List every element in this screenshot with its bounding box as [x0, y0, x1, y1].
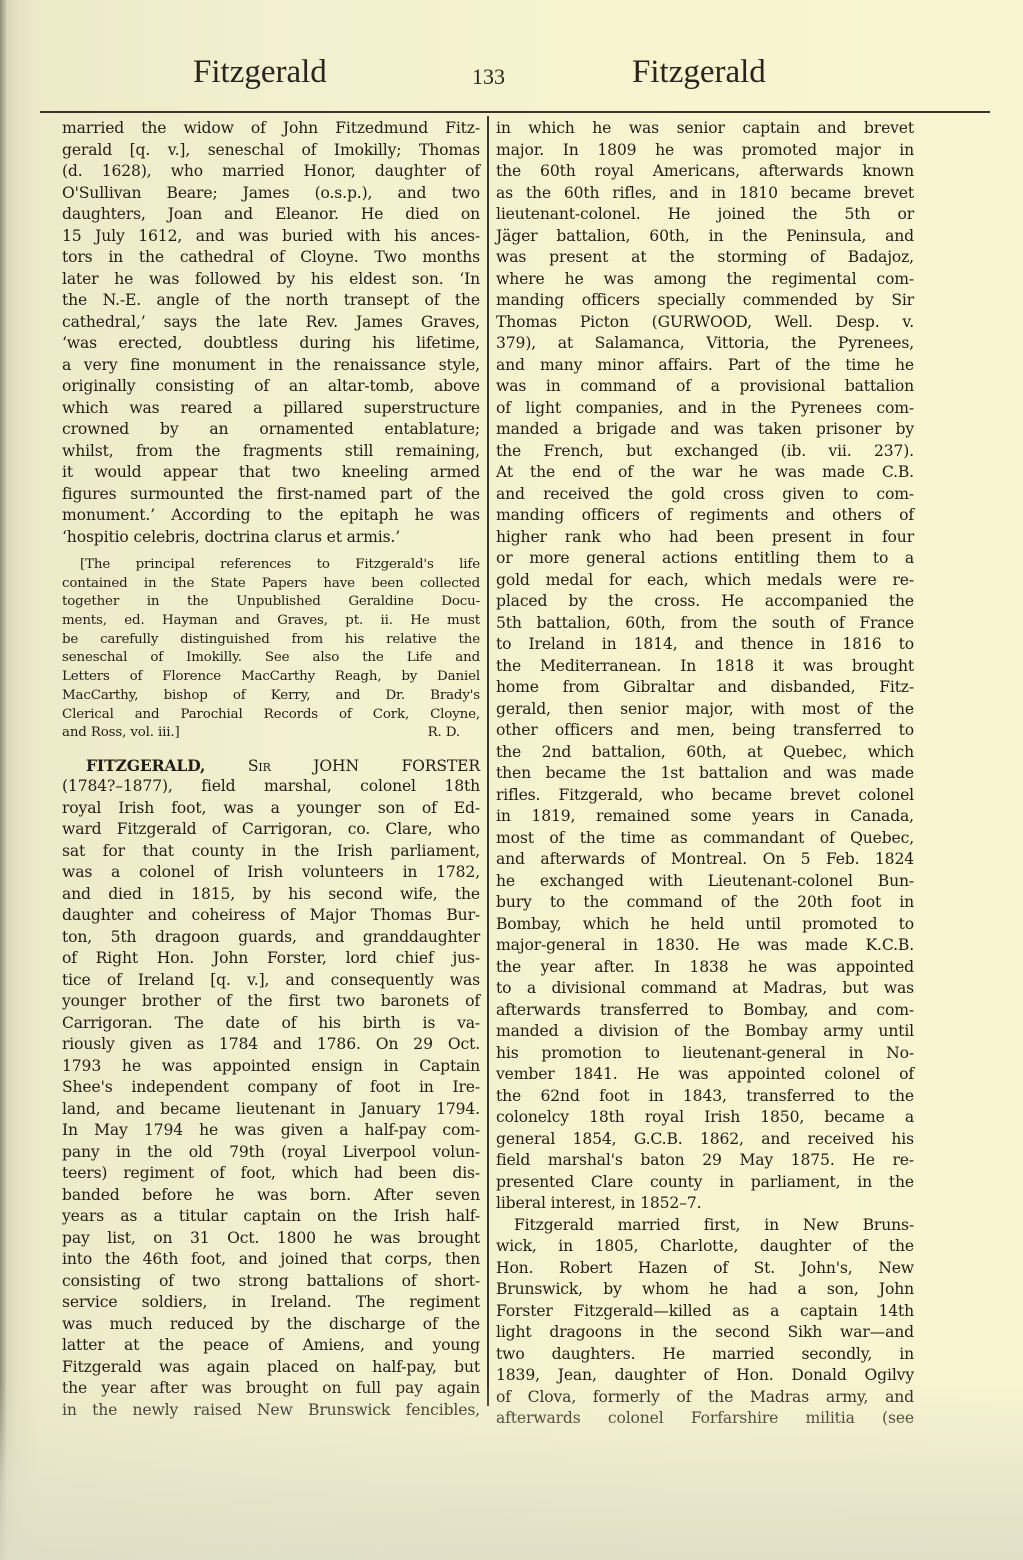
references-note: [The principal references to Fitzgerald'…	[62, 556, 480, 743]
text-line: afterwards colonel Forfarshire militia (…	[496, 1408, 914, 1430]
text-line: in which he was senior captain and breve…	[496, 118, 914, 140]
text-line: his promotion to lieutenant-general in N…	[496, 1043, 914, 1065]
entry-surname: FITZGERALD,	[86, 756, 205, 775]
text-line: (1784?–1877), field marshal, colonel 18t…	[62, 776, 480, 798]
text-line: major. In 1809 he was promoted major in	[496, 140, 914, 162]
text-line: light dragoons in the second Sikh war—an…	[496, 1322, 914, 1344]
running-head-right: Fitzgerald	[632, 54, 766, 91]
text-line: was present at the storming of Badajoz,	[496, 247, 914, 269]
header-rule	[40, 111, 990, 113]
text-line: general 1854, G.C.B. 1862, and received …	[496, 1129, 914, 1151]
text-line: Bombay, which he held until promoted to	[496, 914, 914, 936]
text-line: Jäger battalion, 60th, in the Peninsula,…	[496, 226, 914, 248]
text-line: cathedral,’ says the late Rev. James Gra…	[62, 312, 480, 334]
text-line: where he was among the regimental com-	[496, 269, 914, 291]
text-line: to Ireland in 1814, and thence in 1816 t…	[496, 634, 914, 656]
text-line: home from Gibraltar and disbanded, Fitz-	[496, 677, 914, 699]
text-line: Brunswick, by whom he had a son, John	[496, 1279, 914, 1301]
text-line: daughter and coheiress of Major Thomas B…	[62, 905, 480, 927]
text-line: years as a titular captain on the Irish …	[62, 1206, 480, 1228]
text-line: vember 1841. He was appointed colonel of	[496, 1064, 914, 1086]
text-line: and Ross, vol. iii.] R. D.	[62, 724, 480, 743]
text-line: ‘hospitio celebris, doctrina clarus et a…	[62, 527, 480, 549]
text-line: two daughters. He married secondly, in	[496, 1344, 914, 1366]
entry-heading: FITZGERALD, Sir JOHN FORSTER	[62, 755, 480, 777]
text-line: the N.-E. angle of the north transept of…	[62, 290, 480, 312]
entry-given-names: JOHN FORSTER	[313, 757, 480, 775]
text-line: later he was followed by his eldest son.…	[62, 269, 480, 291]
text-line: was much reduced by the discharge of the	[62, 1314, 480, 1336]
text-line: service soldiers, in Ireland. The regime…	[62, 1292, 480, 1314]
text-line: major-general in 1830. He was made K.C.B…	[496, 935, 914, 957]
text-line: monument.’ According to the epitaph he w…	[62, 505, 480, 527]
text-line: married the widow of John Fitzedmund Fit…	[62, 118, 480, 140]
text-line: ments, ed. Hayman and Graves, pt. ii. He…	[62, 612, 480, 631]
text-line: Shee's independent company of foot in Ir…	[62, 1077, 480, 1099]
text-line: manding officers specially commended by …	[496, 290, 914, 312]
text-line: and many minor affairs. Part of the time…	[496, 355, 914, 377]
text-line: Letters of Florence MacCarthy Reagh, by …	[62, 668, 480, 687]
text-line: and died in 1815, by his second wife, th…	[62, 884, 480, 906]
text-line: of Right Hon. John Forster, lord chief j…	[62, 948, 480, 970]
running-head-left: Fitzgerald	[193, 54, 327, 91]
text-line: or more general actions entitling them t…	[496, 548, 914, 570]
text-line: daughters, Joan and Eleanor. He died on	[62, 204, 480, 226]
text-line: of Clova, formerly of the Madras army, a…	[496, 1387, 914, 1409]
text-line: other officers and men, being transferre…	[496, 720, 914, 742]
text-line: the French, but exchanged (ib. vii. 237)…	[496, 441, 914, 463]
text-line: most of the time as commandant of Quebec…	[496, 828, 914, 850]
text-line: 379), at Salamanca, Vittoria, the Pyrene…	[496, 333, 914, 355]
text-line: seneschal of Imokilly. See also the Life…	[62, 649, 480, 668]
text-line: of light companies, and in the Pyrenees …	[496, 398, 914, 420]
text-line: crowned by an ornamented entablature;	[62, 419, 480, 441]
text-line: Clerical and Parochial Records of Cork, …	[62, 706, 480, 725]
text-line: O'Sullivan Beare; James (o.s.p.), and tw…	[62, 183, 480, 205]
text-line: land, and became lieutenant in January 1…	[62, 1099, 480, 1121]
text-line: ton, 5th dragoon guards, and granddaught…	[62, 927, 480, 949]
text-line: the Mediterranean. In 1818 it was brough…	[496, 656, 914, 678]
text-line: together in the Unpublished Geraldine Do…	[62, 593, 480, 612]
text-line: At the end of the war he was made C.B.	[496, 462, 914, 484]
text-line: it would appear that two kneeling armed	[62, 462, 480, 484]
text-line: a very fine monument in the renaissance …	[62, 355, 480, 377]
text-line: gold medal for each, which medals were r…	[496, 570, 914, 592]
text-line: colonelcy 18th royal Irish 1850, became …	[496, 1107, 914, 1129]
text-line: the 60th royal Americans, afterwards kno…	[496, 161, 914, 183]
text-line: presented Clare county in parliament, in…	[496, 1172, 914, 1194]
text-line: gerald, then senior major, with most of …	[496, 699, 914, 721]
text-line: which was reared a pillared superstructu…	[62, 398, 480, 420]
paragraph-monument: married the widow of John Fitzedmund Fit…	[62, 118, 480, 548]
text-line: Thomas Picton (GURWOOD, Well. Desp. v.	[496, 312, 914, 334]
text-line: bury to the command of the 20th foot in	[496, 892, 914, 914]
text-line: royal Irish foot, was a younger son of E…	[62, 798, 480, 820]
paragraph-military-career: in which he was senior captain and breve…	[496, 118, 914, 1215]
text-line: as the 60th rifles, and in 1810 became b…	[496, 183, 914, 205]
text-line: and received the gold cross given to com…	[496, 484, 914, 506]
text-line: sat for that county in the Irish parliam…	[62, 841, 480, 863]
text-line: 1839, Jean, daughter of Hon. Donald Ogil…	[496, 1365, 914, 1387]
text-line: manded a brigade and was taken prisoner …	[496, 419, 914, 441]
text-line: placed by the cross. He accompanied the	[496, 591, 914, 613]
text-line: the year after. In 1838 he was appointed	[496, 957, 914, 979]
text-line: was a colonel of Irish volunteers in 178…	[62, 862, 480, 884]
page-number: 133	[472, 64, 505, 90]
text-line: and afterwards of Montreal. On 5 Feb. 18…	[496, 849, 914, 871]
text-line: he exchanged with Lieutenant-colonel Bun…	[496, 871, 914, 893]
running-header: Fitzgerald 133 Fitzgerald	[0, 54, 1023, 104]
text-line: in 1819, remained some years in Canada,	[496, 806, 914, 828]
text-line: to a divisional command at Madras, but w…	[496, 978, 914, 1000]
page-edge-shadow	[0, 0, 6, 1560]
text-line: ward Fitzgerald of Carrigoran, co. Clare…	[62, 819, 480, 841]
text-line: higher rank who had been present in four	[496, 527, 914, 549]
text-line: originally consisting of an altar-tomb, …	[62, 376, 480, 398]
text-line: MacCarthy, bishop of Kerry, and Dr. Brad…	[62, 687, 480, 706]
text-line: then became the 1st battalion and was ma…	[496, 763, 914, 785]
text-line: manded a division of the Bombay army unt…	[496, 1021, 914, 1043]
text-line: consisting of two strong battalions of s…	[62, 1271, 480, 1293]
text-line: riously given as 1784 and 1786. On 29 Oc…	[62, 1034, 480, 1056]
text-line: manding officers of regiments and others…	[496, 505, 914, 527]
text-line: liberal interest, in 1852–7.	[496, 1193, 914, 1215]
text-line: the year after was brought on full pay a…	[62, 1378, 480, 1400]
text-line: (d. 1628), who married Honor, daughter o…	[62, 161, 480, 183]
text-line: ‘was erected, doubtless during his lifet…	[62, 333, 480, 355]
text-line: 1793 he was appointed ensign in Captain	[62, 1056, 480, 1078]
text-line: figures surmounted the first-named part …	[62, 484, 480, 506]
text-line: Forster Fitzgerald—killed as a captain 1…	[496, 1301, 914, 1323]
text-line: the 2nd battalion, 60th, at Quebec, whic…	[496, 742, 914, 764]
column-divider	[487, 116, 489, 1406]
references-last-line: and Ross, vol. iii.]	[62, 725, 180, 740]
text-line: [The principal references to Fitzgerald'…	[62, 556, 480, 575]
text-line: 15 July 1612, and was buried with his an…	[62, 226, 480, 248]
text-line: Fitzgerald was again placed on half-pay,…	[62, 1357, 480, 1379]
text-line: Carrigoran. The date of his birth is va-	[62, 1013, 480, 1035]
text-line: teers) regiment of foot, which had been …	[62, 1163, 480, 1185]
paragraph-marriages: Fitzgerald married first, in New Bruns- …	[496, 1215, 914, 1430]
text-line: was in command of a provisional battalio…	[496, 376, 914, 398]
text-line: In May 1794 he was given a half-pay com-	[62, 1120, 480, 1142]
text-line: tors in the cathedral of Cloyne. Two mon…	[62, 247, 480, 269]
text-line: banded before he was born. After seven	[62, 1185, 480, 1207]
text-line: be carefully distinguished from his rela…	[62, 631, 480, 650]
text-line: Hon. Robert Hazen of St. John's, New	[496, 1258, 914, 1280]
text-line: latter at the peace of Amiens, and young	[62, 1335, 480, 1357]
text-line: lieutenant-colonel. He joined the 5th or	[496, 204, 914, 226]
text-line: wick, in 1805, Charlotte, daughter of th…	[496, 1236, 914, 1258]
entry-john-forster-fitzgerald: FITZGERALD, Sir JOHN FORSTER (1784?–1877…	[62, 755, 480, 1422]
text-line: into the 46th foot, and joined that corp…	[62, 1249, 480, 1271]
text-line: contained in the State Papers have been …	[62, 575, 480, 594]
text-line: younger brother of the first two baronet…	[62, 991, 480, 1013]
text-line: tice of Ireland [q. v.], and consequentl…	[62, 970, 480, 992]
text-line: Fitzgerald married first, in New Bruns-	[496, 1215, 914, 1237]
text-line: field marshal's baton 29 May 1875. He re…	[496, 1150, 914, 1172]
text-line: in the newly raised New Brunswick fencib…	[62, 1400, 480, 1422]
text-line: whilst, from the fragments still remaini…	[62, 441, 480, 463]
text-line: afterwards transferred to Bombay, and co…	[496, 1000, 914, 1022]
entry-title: Sir	[248, 757, 271, 775]
text-line: 5th battalion, 60th, from the south of F…	[496, 613, 914, 635]
author-initials: R. D.	[428, 724, 460, 743]
text-line: pay list, on 31 Oct. 1800 he was brought	[62, 1228, 480, 1250]
text-line: rifles. Fitzgerald, who became brevet co…	[496, 785, 914, 807]
text-line: gerald [q. v.], seneschal of Imokilly; T…	[62, 140, 480, 162]
left-column: married the widow of John Fitzedmund Fit…	[62, 118, 480, 1421]
text-line: the 62nd foot in 1843, transferred to th…	[496, 1086, 914, 1108]
text-line: pany in the old 79th (royal Liverpool vo…	[62, 1142, 480, 1164]
right-column: in which he was senior captain and breve…	[496, 118, 914, 1430]
